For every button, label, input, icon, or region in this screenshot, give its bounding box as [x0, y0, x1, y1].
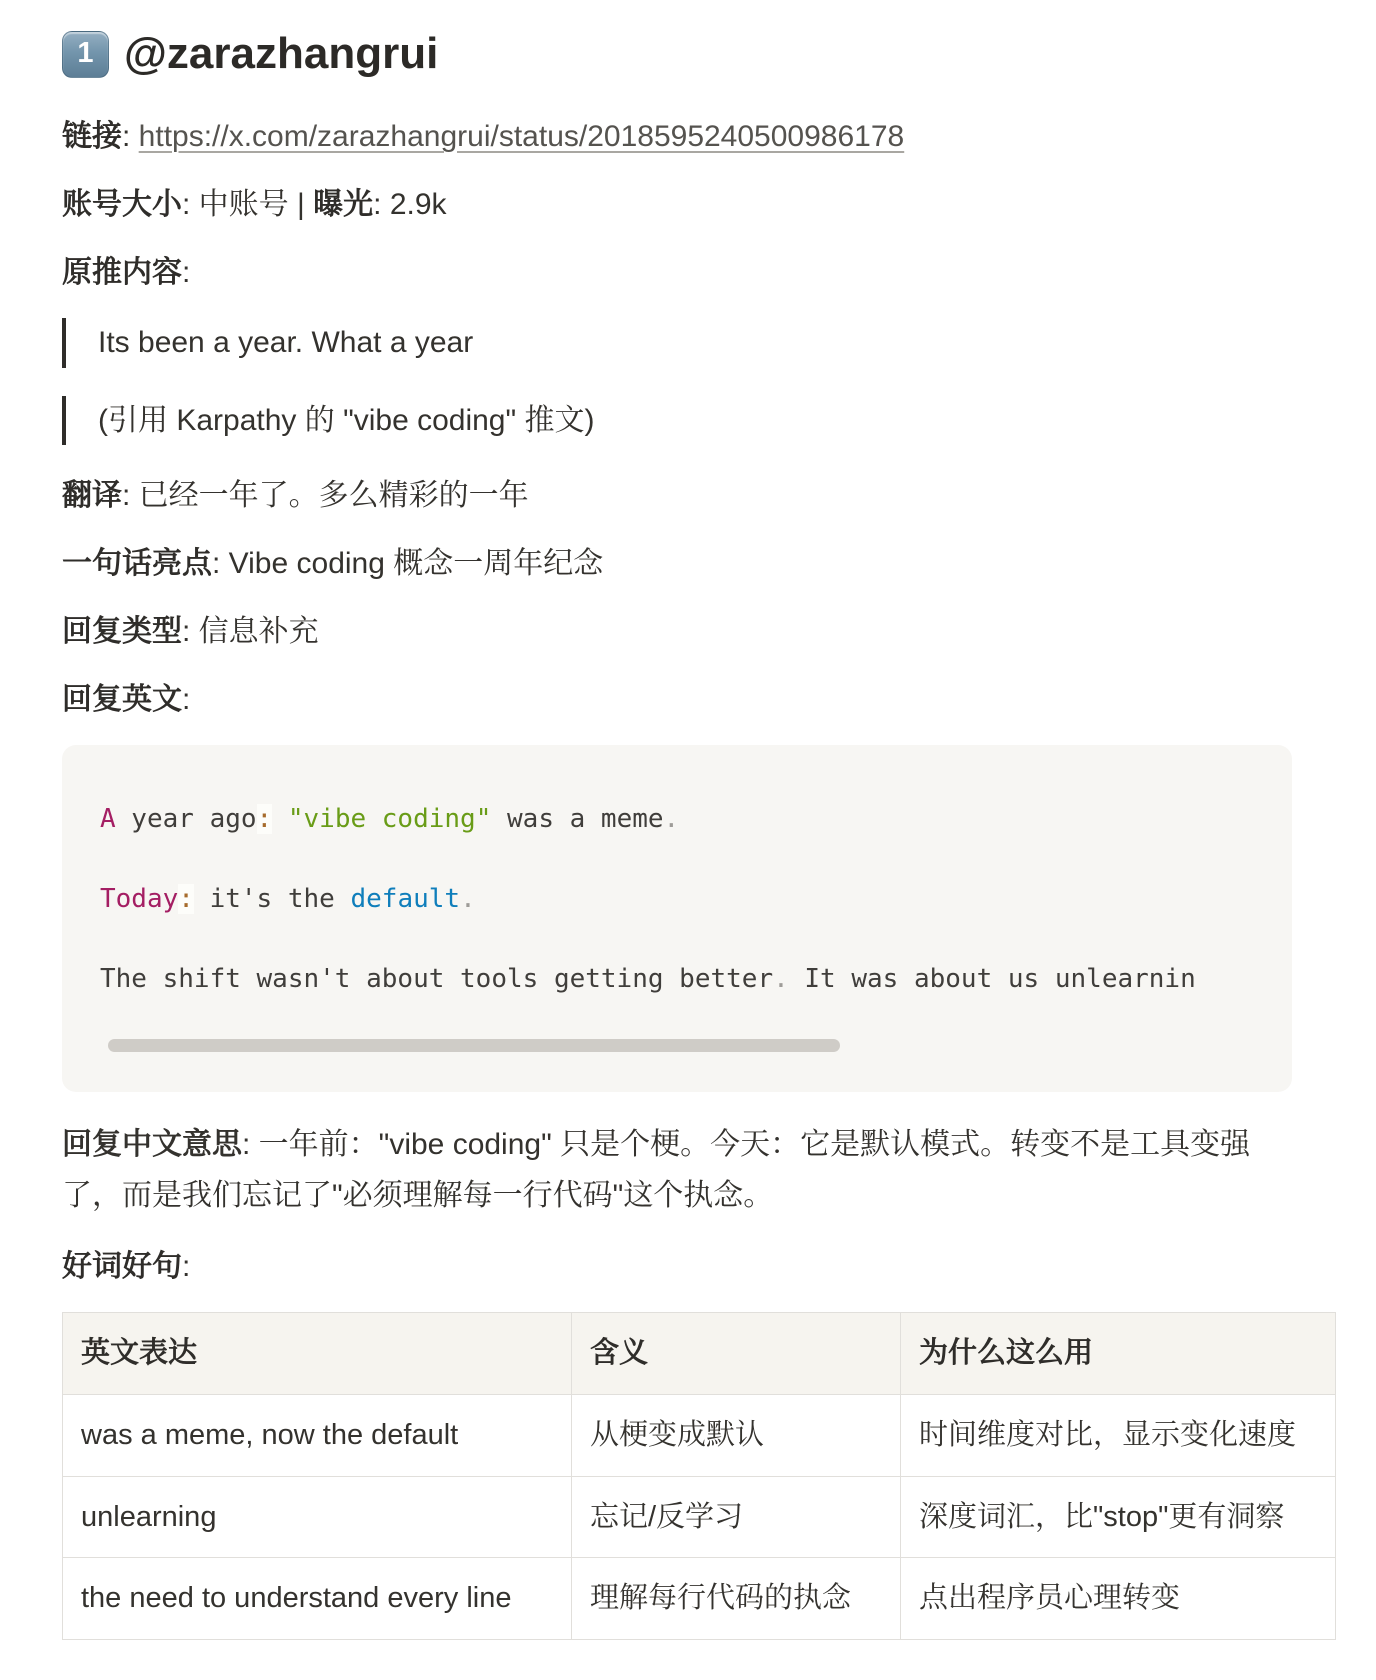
phrases-label-row: 好词好句: — [62, 1244, 1292, 1289]
tweet-quote-2: (引用 Karpathy 的 "vibe coding" 推文) — [62, 396, 1292, 446]
reply-cn-label: 回复中文意思 — [62, 1128, 242, 1161]
reply-type-row: 回复类型: 信息补充 — [62, 609, 1292, 654]
tweet-quote-2-text: (引用 Karpathy 的 "vibe coding" 推文) — [98, 404, 594, 437]
code-token: was a meme — [491, 804, 663, 834]
page-title: 1 @zarazhangrui — [62, 30, 1292, 78]
tweet-link[interactable]: https://x.com/zarazhangrui/status/201859… — [139, 120, 905, 153]
code-token: Today — [100, 884, 178, 914]
tweet-quote-1: Its been a year. What a year — [62, 318, 1292, 368]
note-page: 1 @zarazhangrui 链接: https://x.com/zarazh… — [0, 0, 1376, 1680]
code-token: The shift wasn't about tools getting bet… — [100, 964, 773, 994]
account-size-row: 账号大小: 中账号 | 曝光: 2.9k — [62, 182, 1292, 227]
separator-colon: : — [242, 1128, 259, 1161]
table-row: the need to understand every line 理解每行代码… — [63, 1558, 1336, 1640]
code-token: . — [773, 964, 789, 994]
separator-colon: : — [212, 547, 229, 580]
horizontal-scrollbar-thumb[interactable] — [108, 1039, 840, 1052]
link-row: 链接: https://x.com/zarazhangrui/status/20… — [62, 114, 1292, 159]
code-token: It was about us unlearnin — [789, 964, 1196, 994]
code-line-2: Today: it's the default. — [100, 879, 1254, 919]
code-token: it's the — [194, 884, 351, 914]
exposure-label: 曝光 — [313, 188, 373, 221]
keycap-digit: 1 — [77, 38, 93, 70]
translation-row: 翻译: 已经一年了。多么精彩的一年 — [62, 473, 1292, 518]
separator-colon: : — [182, 188, 199, 221]
separator-colon: : — [182, 615, 199, 648]
table-cell: 点出程序员心理转变 — [901, 1558, 1336, 1640]
original-tweet-label-row: 原推内容: — [62, 250, 1292, 295]
code-block: A year ago: "vibe coding" was a meme. To… — [62, 745, 1292, 1092]
code-line-1: A year ago: "vibe coding" was a meme. — [100, 799, 1254, 839]
table-cell: the need to understand every line — [63, 1558, 572, 1640]
code-token: . — [460, 884, 476, 914]
table-cell: was a meme, now the default — [63, 1394, 572, 1476]
reply-type-value: 信息补充 — [199, 615, 319, 648]
translation-value: 已经一年了。多么精彩的一年 — [139, 479, 529, 512]
table-cell: 时间维度对比，显示变化速度 — [901, 1394, 1336, 1476]
original-tweet-label: 原推内容 — [62, 256, 182, 289]
phrases-table: 英文表达 含义 为什么这么用 was a meme, now the defau… — [62, 1312, 1336, 1639]
table-cell: 理解每行代码的执念 — [572, 1558, 901, 1640]
table-row: was a meme, now the default 从梗变成默认 时间维度对… — [63, 1394, 1336, 1476]
reply-en-label: 回复英文 — [62, 683, 182, 716]
code-token — [272, 804, 288, 834]
code-token: default — [350, 884, 460, 914]
table-cell: unlearning — [63, 1476, 572, 1558]
highlight-label: 一句话亮点 — [62, 547, 212, 580]
table-row: unlearning 忘记/反学习 深度词汇，比"stop"更有洞察 — [63, 1476, 1336, 1558]
code-line-3: The shift wasn't about tools getting bet… — [100, 959, 1254, 999]
phrases-label: 好词好句 — [62, 1250, 182, 1283]
code-token: : — [178, 884, 194, 914]
table-header-why: 为什么这么用 — [901, 1313, 1336, 1395]
table-header-row: 英文表达 含义 为什么这么用 — [63, 1313, 1336, 1395]
exposure-value: 2.9k — [390, 188, 447, 221]
code-token: "vibe coding" — [288, 804, 492, 834]
separator-colon: : — [182, 683, 190, 716]
account-size-label: 账号大小 — [62, 188, 182, 221]
code-token: year ago — [116, 804, 257, 834]
account-size-value: 中账号 — [199, 188, 289, 221]
code-token: . — [664, 804, 680, 834]
link-label: 链接 — [62, 120, 122, 153]
separator-colon: : — [122, 120, 139, 153]
table-cell: 从梗变成默认 — [572, 1394, 901, 1476]
separator-colon: : — [122, 479, 139, 512]
tweet-quote-1-text: Its been a year. What a year — [98, 326, 473, 359]
separator-pipe: | — [289, 188, 313, 221]
highlight-value: Vibe coding 概念一周年纪念 — [229, 547, 604, 580]
highlight-row: 一句话亮点: Vibe coding 概念一周年纪念 — [62, 541, 1292, 586]
table-header-meaning: 含义 — [572, 1313, 901, 1395]
reply-en-label-row: 回复英文: — [62, 677, 1292, 722]
code-token: A — [100, 804, 116, 834]
reply-cn-row: 回复中文意思: 一年前："vibe coding" 只是个梗。今天：它是默认模式… — [62, 1119, 1292, 1221]
table-cell: 深度词汇，比"stop"更有洞察 — [901, 1476, 1336, 1558]
keycap-1-emoji: 1 — [62, 31, 109, 78]
reply-type-label: 回复类型 — [62, 615, 182, 648]
translation-label: 翻译 — [62, 479, 122, 512]
separator-colon: : — [373, 188, 390, 221]
code-token: : — [257, 804, 273, 834]
separator-colon: : — [182, 1250, 190, 1283]
table-header-english: 英文表达 — [63, 1313, 572, 1395]
account-handle: @zarazhangrui — [124, 30, 438, 78]
separator-colon: : — [182, 256, 190, 289]
table-cell: 忘记/反学习 — [572, 1476, 901, 1558]
